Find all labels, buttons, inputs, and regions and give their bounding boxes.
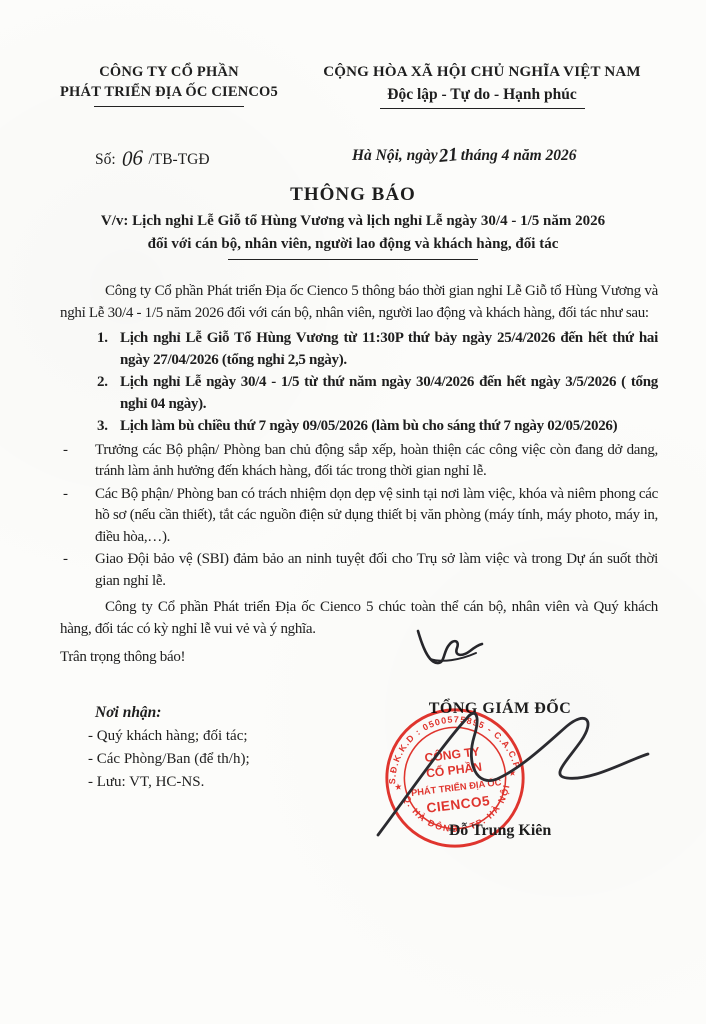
- list-item-text: Giao Đội bảo vệ (SBI) đảm bảo an ninh tu…: [95, 551, 658, 589]
- list-item: 1. Lịch nghỉ Lễ Giỗ Tổ Hùng Vương từ 11:…: [60, 328, 658, 371]
- document-title: THÔNG BÁO: [0, 184, 706, 206]
- signer-name: Đỗ Trung Kiên: [405, 822, 595, 840]
- subtitle-line2: đối với cán bộ, nhân viên, người lao độn…: [53, 233, 653, 256]
- subtitle-line1: V/v: Lịch nghỉ Lễ Giỗ tổ Hùng Vương và l…: [53, 210, 653, 233]
- initial-signature-ink: [412, 625, 492, 675]
- document-number: Số: 06 /TB-TGĐ: [95, 145, 210, 170]
- list-item-dash: -: [63, 484, 68, 506]
- document-page: CÔNG TY CỔ PHẦN PHÁT TRIỂN ĐỊA ỐC CIENCO…: [0, 0, 706, 1024]
- national-header: CỘNG HÒA XÃ HỘI CHỦ NGHĨA VIỆT NAM Độc l…: [298, 62, 666, 109]
- recipient-line: - Các Phòng/Ban (để th/h);: [88, 748, 338, 771]
- meta-row: Số: 06 /TB-TGĐ Hà Nội, ngày21tháng 4 năm…: [0, 139, 706, 173]
- recipients-title: Nơi nhận:: [95, 701, 338, 724]
- closing-paragraph: Công ty Cổ phần Phát triển Địa ốc Cienco…: [60, 597, 658, 640]
- place-date-prefix: Hà Nội, ngày: [352, 147, 438, 164]
- list-item-text: Các Bộ phận/ Phòng ban có trách nhiệm dọ…: [95, 486, 658, 545]
- national-motto-line1: CỘNG HÒA XÃ HỘI CHỦ NGHĨA VIỆT NAM: [298, 62, 666, 83]
- list-item-dash: -: [63, 440, 68, 462]
- recipients-block: Nơi nhận: - Quý khách hàng; đối tác; - C…: [88, 701, 338, 794]
- list-item: - Giao Đội bảo vệ (SBI) đảm bảo an ninh …: [60, 549, 658, 592]
- dashed-list: - Trưởng các Bộ phận/ Phòng ban chủ động…: [60, 440, 658, 593]
- document-number-suffix: /TB-TGĐ: [148, 151, 209, 168]
- national-motto-line2: Độc lập - Tự do - Hạnh phúc: [298, 84, 666, 105]
- list-item-text: Lịch nghỉ Lễ ngày 30/4 - 1/5 từ thứ năm …: [120, 374, 658, 412]
- list-item-number: 2.: [97, 372, 108, 394]
- company-header-underline: [94, 106, 244, 107]
- list-item-number: 1.: [97, 328, 108, 350]
- list-item: - Các Bộ phận/ Phòng ban có trách nhiệm …: [60, 484, 658, 549]
- regards-line: Trân trọng thông báo!: [60, 647, 658, 669]
- list-item-dash: -: [63, 549, 68, 571]
- list-item-text: Trưởng các Bộ phận/ Phòng ban chủ động s…: [95, 442, 658, 480]
- company-header: CÔNG TY CỔ PHẦN PHÁT TRIỂN ĐỊA ỐC CIENCO…: [58, 62, 280, 107]
- list-item-number: 3.: [97, 416, 108, 438]
- list-item: 3. Lịch làm bù chiều thứ 7 ngày 09/05/20…: [60, 416, 658, 438]
- subtitle-underline: [228, 259, 478, 260]
- list-item-text: Lịch làm bù chiều thứ 7 ngày 09/05/2026 …: [120, 418, 617, 434]
- numbered-list: 1. Lịch nghỉ Lễ Giỗ Tổ Hùng Vương từ 11:…: [60, 328, 658, 438]
- document-number-handwritten: 06: [121, 145, 142, 172]
- intro-paragraph: Công ty Cổ phần Phát triển Địa ốc Cienco…: [60, 281, 658, 324]
- list-item-text: Lịch nghỉ Lễ Giỗ Tổ Hùng Vương từ 11:30P…: [120, 330, 658, 368]
- recipient-line: - Lưu: VT, HC-NS.: [88, 771, 338, 794]
- document-body: Công ty Cổ phần Phát triển Địa ốc Cienco…: [60, 281, 658, 669]
- place-date-suffix: tháng 4 năm 2026: [461, 147, 577, 164]
- list-item: - Trưởng các Bộ phận/ Phòng ban chủ động…: [60, 440, 658, 483]
- national-header-underline: [380, 108, 585, 109]
- recipient-line: - Quý khách hàng; đối tác;: [88, 725, 338, 748]
- company-name-line2: PHÁT TRIỂN ĐỊA ỐC CIENCO5: [58, 82, 280, 102]
- company-name-line1: CÔNG TY CỔ PHẦN: [58, 62, 280, 82]
- place-and-date: Hà Nội, ngày21tháng 4 năm 2026: [352, 144, 602, 166]
- date-handwritten: 21: [438, 144, 459, 168]
- document-subtitle: V/v: Lịch nghỉ Lễ Giỗ tổ Hùng Vương và l…: [53, 210, 653, 260]
- document-number-prefix: Số:: [95, 151, 116, 168]
- list-item: 2. Lịch nghỉ Lễ ngày 30/4 - 1/5 từ thứ n…: [60, 372, 658, 415]
